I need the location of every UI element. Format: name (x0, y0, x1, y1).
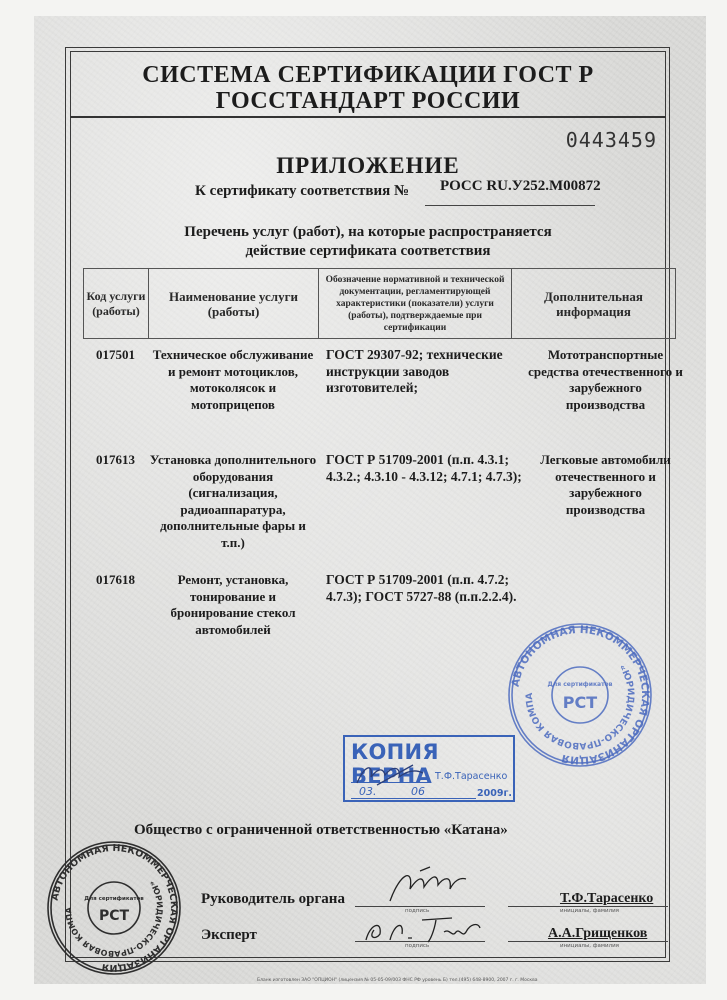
row-name: Установка дополнительного оборудования (… (148, 452, 318, 551)
organization-name: Общество с ограниченной ответственностью… (134, 822, 508, 839)
header-name: Наименование услуги (работы) (149, 269, 319, 338)
row-info: Легковые автомобили отечественного и зар… (528, 452, 683, 551)
certificate-number: РОСС RU.У252.М00872 (440, 178, 601, 195)
row-code: 017501 (83, 347, 148, 413)
row-code: 017618 (83, 572, 148, 638)
table-header: Код услуги (работы) Наименование услуги … (83, 268, 676, 339)
signature-head (380, 865, 470, 907)
copy-stamp-signature (353, 761, 433, 789)
svg-text:Для сертификатов: Для сертификатов (84, 895, 144, 902)
svg-text:Для сертификатов: Для сертификатов (548, 681, 613, 688)
form-printer-note: Бланк изготовлен ЗАО "ОПЦИОН" (лицензия … (257, 978, 538, 983)
header-docs: Обозначение нормативной и технической до… (319, 269, 512, 338)
svg-text:РСТ: РСТ (99, 908, 130, 924)
table-row: 017613 Установка дополнительного оборудо… (83, 452, 683, 551)
certificate-underline (425, 205, 595, 206)
row-docs: ГОСТ Р 51709-2001 (п.п. 4.3.1; 4.3.2.; 4… (318, 452, 528, 551)
signature-role-head: Руководитель органа (201, 891, 345, 908)
list-title: Перечень услуг (работ), на которые распр… (70, 223, 666, 261)
signature-name-head: Т.Ф.Тарасенко (560, 891, 653, 907)
appendix-title: ПРИЛОЖЕНИЕ (70, 153, 666, 179)
list-title-line1: Перечень услуг (работ), на которые распр… (70, 223, 666, 242)
header-divider (70, 116, 666, 118)
header-info: Дополнительная информация (512, 269, 675, 338)
copy-stamp-name: Т.Ф.Тарасенко (435, 771, 507, 782)
signature-expert (360, 910, 490, 946)
signature-role-expert: Эксперт (201, 927, 257, 944)
certificate-label: К сертификату соответствия № (195, 183, 409, 200)
table-row: 017501 Техническое обслуживание и ремонт… (83, 347, 683, 413)
round-seal-right: АВТОНОМНАЯ НЕКОММЕРЧЕСКАЯ ОРГАНИЗАЦИЯ «Ю… (505, 620, 655, 770)
row-docs: ГОСТ Р 51709-2001 (п.п. 4.7.2; 4.7.3); Г… (318, 572, 528, 638)
list-title-line2: действие сертификата соответствия (70, 242, 666, 261)
round-seal-left: АВТОНОМНАЯ НЕКОММЕРЧЕСКАЯ ОРГАНИЗАЦИЯ «Ю… (44, 838, 184, 978)
header-code: Код услуги (работы) (84, 269, 149, 338)
serial-number: 0443459 (566, 128, 657, 152)
copy-stamp-year: 2009г. (477, 788, 512, 799)
row-name: Ремонт, установка, тонирование и брониро… (148, 572, 318, 638)
signature-name-expert: А.А.Грищенков (548, 926, 647, 942)
header-title-line1: СИСТЕМА СЕРТИФИКАЦИИ ГОСТ Р (70, 62, 666, 89)
row-code: 017613 (83, 452, 148, 551)
row-docs: ГОСТ 29307-92; технические инструкции за… (318, 347, 528, 413)
svg-text:РСТ: РСТ (563, 693, 597, 712)
row-name: Техническое обслуживание и ремонт мотоци… (148, 347, 318, 413)
copy-verified-stamp: КОПИЯ ВЕРНА Т.Ф.Тарасенко 03. 06 2009г. (343, 735, 515, 802)
row-info: Мототранспортные средства отечественного… (528, 347, 683, 413)
header-title-line2: ГОССТАНДАРТ РОССИИ (70, 88, 666, 115)
